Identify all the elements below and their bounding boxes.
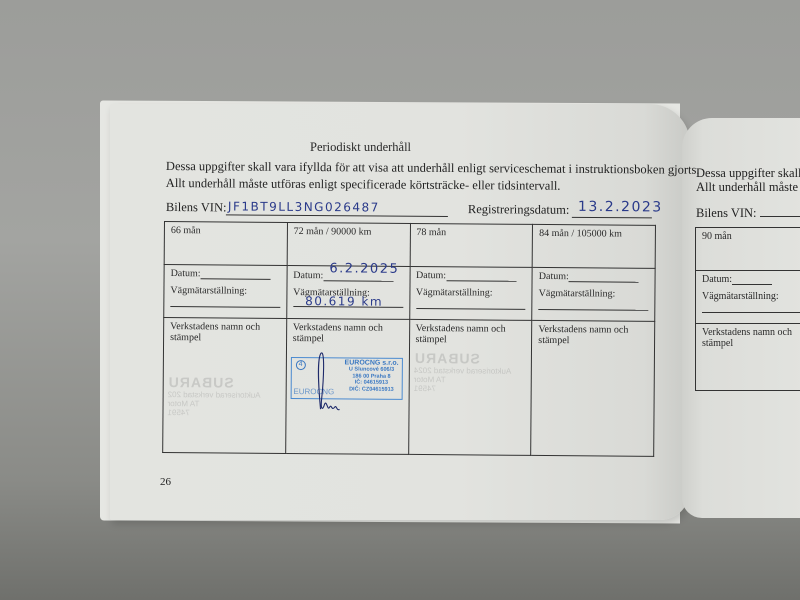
workshop-cell[interactable]: Verkstadens namn och stämpel: [696, 324, 800, 391]
vin-value: JF1BT9LL3NG026487: [228, 199, 380, 214]
odometer-label: Vägmätarställning:: [170, 285, 280, 297]
entry-cell[interactable]: Datum: Vägmätarställning:: [409, 266, 532, 320]
workshop-label: Verkstadens namn och stämpel: [416, 323, 506, 345]
odometer-label: Vägmätarställning:: [416, 287, 526, 299]
workshop-cell[interactable]: Verkstadens namn och stämpel: [531, 320, 655, 456]
interval-cell: 90 mån: [696, 228, 800, 271]
date-value: 6.2.2025: [329, 261, 399, 277]
odometer-label: Vägmätarställning:: [539, 288, 649, 300]
faded-subaru-stamp: SUBARU Auktoriserad verkstad 202 TA Moto…: [167, 374, 277, 418]
workshop-label: Verkstadens namn och stämpel: [702, 327, 792, 349]
workshop-label: Verkstadens namn och stämpel: [293, 322, 383, 344]
odometer-field[interactable]: [702, 312, 800, 313]
workshop-cell[interactable]: Verkstadens namn och stämpel SUBARU Aukt…: [163, 318, 287, 454]
page-title: Periodiskt underhåll: [310, 140, 411, 155]
odometer-field[interactable]: [170, 306, 280, 308]
entry-cell[interactable]: Datum: Vägmätarställning:: [696, 271, 800, 324]
workshop-label: Verkstadens namn och stämpel: [170, 321, 260, 343]
interval-cell: 78 mån: [410, 223, 533, 267]
date-label: Datum:: [702, 274, 732, 285]
entry-cell[interactable]: Datum: Vägmätarställning:: [532, 267, 655, 321]
right-intro-line-1: Dessa uppgifter skall: [696, 166, 800, 181]
right-vin-field[interactable]: [760, 216, 800, 217]
entry-cell[interactable]: Datum: Vägmätarställning:: [164, 265, 287, 319]
intro-text: Dessa uppgifter skall vara ifyllda för a…: [166, 158, 700, 196]
interval-cell: 66 mån: [164, 222, 287, 266]
odometer-field[interactable]: [416, 308, 526, 310]
reg-date-value: 13.2.2023: [578, 199, 663, 216]
right-vin-label: Bilens VIN:: [696, 206, 800, 221]
date-label: Datum:: [416, 270, 446, 281]
odometer-value: 80.619 km: [305, 294, 383, 309]
stamp-number: 4: [296, 360, 306, 370]
date-label: Datum:: [293, 270, 323, 281]
date-label: Datum:: [539, 271, 569, 282]
workshop-cell[interactable]: Verkstadens namn och stämpel 4 EUROCNG E…: [285, 318, 409, 454]
interval-cell: 84 mån / 105000 km: [532, 224, 655, 268]
entry-cell[interactable]: Datum:6.2.2025 Vägmätarställning: 80.619…: [286, 265, 409, 319]
odometer-field[interactable]: 80.619 km: [293, 306, 403, 308]
right-intro-line-2: Allt underhåll måste: [696, 180, 798, 195]
vin-label: Bilens VIN:: [166, 200, 227, 215]
workshop-label: Verkstadens namn och stämpel: [538, 324, 628, 346]
interval-cell: 72 mån / 90000 km: [287, 222, 410, 266]
page-number: 26: [160, 476, 171, 488]
right-service-table: 90 mån Datum: Vägmätarställning: Verksta…: [695, 227, 800, 391]
faded-subaru-stamp: SUBARU Auktoriserad verkstad 2024 TA Mot…: [413, 350, 523, 394]
date-field[interactable]: [201, 278, 271, 280]
right-vin-label-text: Bilens VIN:: [696, 206, 757, 220]
date-field[interactable]: [732, 284, 772, 285]
reg-date-label: Registreringsdatum:: [468, 202, 569, 218]
date-label: Datum:: [171, 268, 201, 279]
odometer-field[interactable]: [539, 309, 649, 311]
date-field[interactable]: [569, 281, 639, 283]
workshop-cell[interactable]: Verkstadens namn och stämpel SUBARU Aukt…: [408, 319, 532, 455]
signature-icon: [314, 349, 355, 419]
service-table: 66 mån 72 mån / 90000 km 78 mån 84 mån /…: [162, 221, 656, 457]
date-field[interactable]: [446, 280, 516, 282]
odometer-label: Vägmätarställning:: [702, 291, 800, 302]
date-field[interactable]: 6.2.2025: [323, 269, 393, 282]
